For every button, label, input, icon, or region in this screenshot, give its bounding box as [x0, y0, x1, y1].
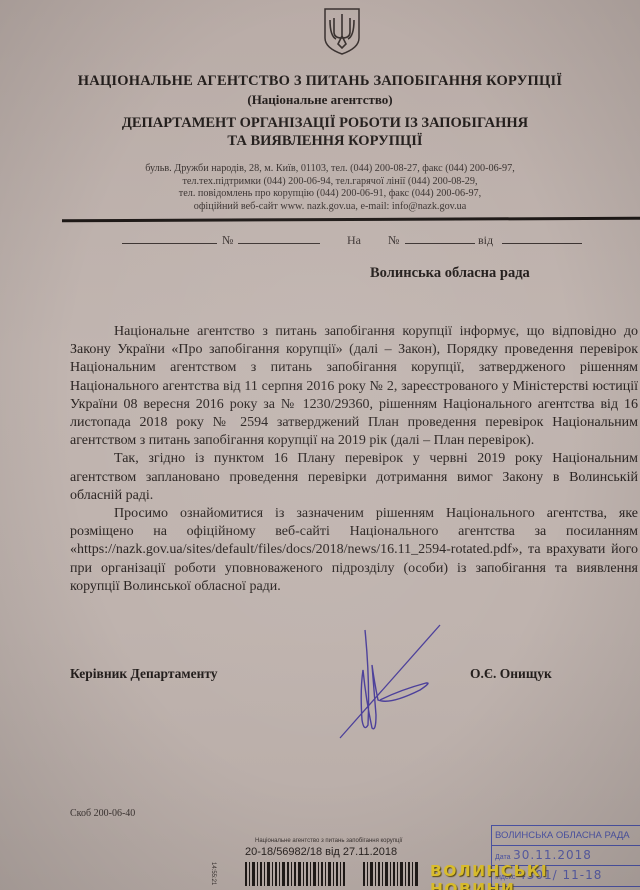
executor-note: Скоб 200-06-40 [70, 808, 135, 819]
agency-short-title: (Національне агентство) [0, 92, 640, 108]
barcode-number: 20-18/56982/18 від 27.11.2018 [245, 846, 397, 858]
signatory-position: Керівник Департаменту [70, 666, 218, 682]
contact-website: офіційний веб-сайт www. nazk.gov.ua, e-m… [130, 201, 530, 214]
reply-from-label: від [478, 233, 493, 248]
contact-support: тел.тех.підтримки (044) 200-06-94, тел.г… [130, 176, 530, 189]
department-title-line1: ДЕПАРТАМЕНТ ОРГАНІЗАЦІЇ РОБОТИ ІЗ ЗАПОБІ… [95, 114, 555, 132]
body-paragraph: Просимо ознайомитися із зазначеним рішен… [70, 505, 638, 596]
news-watermark-logo: ВОЛИНСЬКІ НОВИНИ [430, 862, 640, 890]
department-title-line2: ТА ВИЯВЛЕННЯ КОРУПЦІЇ [95, 132, 555, 150]
trident-coat-of-arms-icon [322, 6, 362, 56]
registration-number-label: № [222, 233, 233, 248]
registration-date-field [122, 233, 217, 248]
department-title: ДЕПАРТАМЕНТ ОРГАНІЗАЦІЇ РОБОТИ ІЗ ЗАПОБІ… [95, 114, 555, 150]
handwritten-signature-icon [330, 620, 460, 740]
barcode-timestamp: 14:55:21 [210, 862, 216, 885]
stamp-org: ВОЛИНСЬКА ОБЛАСНА РАДА [492, 826, 640, 846]
addressee: Волинська обласна рада [370, 265, 530, 282]
body-paragraph: Національне агентство з питань запобіган… [70, 323, 638, 450]
signatory-name: О.Є. Онищук [470, 666, 552, 682]
contact-block: бульв. Дружби народів, 28, м. Київ, 0110… [130, 163, 530, 213]
contact-address: бульв. Дружби народів, 28, м. Київ, 0110… [130, 163, 530, 176]
contact-report: тел. повідомлень про корупцію (044) 200-… [130, 188, 530, 201]
stamp-date-value: 30.11.2018 [513, 848, 592, 862]
reply-number-field [405, 233, 475, 248]
letter-body: Національне агентство з питань запобіган… [70, 323, 638, 596]
body-paragraph: Так, згідно із пунктом 16 Плану перевіро… [70, 450, 638, 505]
reply-number-label: № [388, 233, 399, 248]
header-divider [62, 217, 640, 223]
reply-date-field [502, 233, 582, 248]
stamp-date-label: Дата [495, 854, 511, 861]
reply-to-label: На [347, 233, 361, 248]
registration-number-field [238, 233, 320, 248]
agency-title: НАЦІОНАЛЬНЕ АГЕНТСТВО З ПИТАНЬ ЗАПОБІГАН… [0, 73, 640, 90]
barcode-icon [243, 862, 421, 886]
barcode-title: Національне агентство з питань запобіган… [255, 838, 402, 844]
